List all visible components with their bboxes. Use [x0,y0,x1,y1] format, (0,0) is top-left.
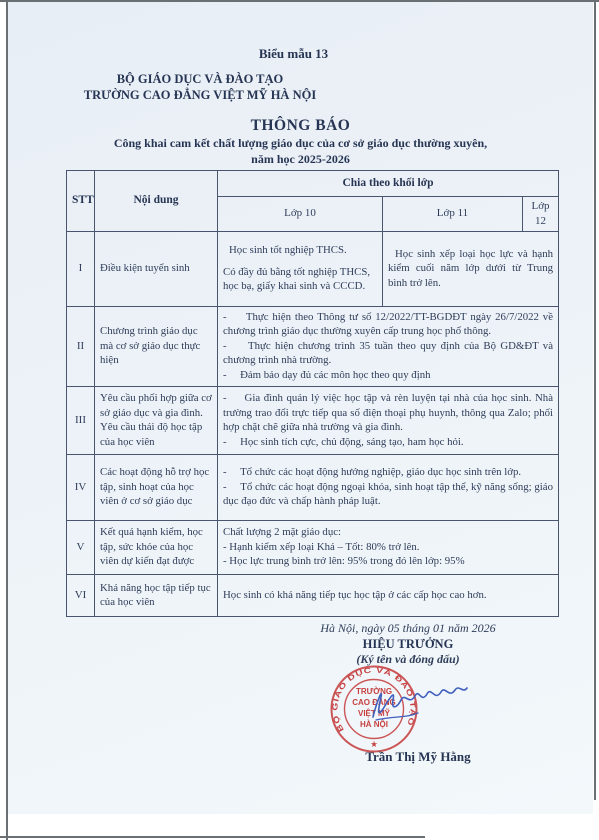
row-content: - Thực hiện theo Thông tư số 12/2022/TT-… [218,306,559,386]
row-stt: IV [67,454,95,520]
document-title: THÔNG BÁO [8,117,593,135]
col-header-stt: STT [67,171,95,232]
content-line: - Tổ chức các hoạt động hướng nghiệp, gi… [223,465,553,480]
row-content: - Gia đình quản lý việc học tập và rèn l… [218,386,559,454]
stamp-star-icon: ★ [370,739,378,749]
scan-edge-bottom [0,836,425,838]
content-line: Có đầy đủ bằng tốt nghiệp THCS, học bạ, … [223,265,377,294]
date-place-line: Hà Nội, ngày 05 tháng 01 năm 2026 [248,621,568,636]
col-header-grade12: Lớp 12 [523,197,559,232]
signer-role: HIỆU TRƯỞNG [248,637,568,652]
scan-edge-right [594,0,596,800]
scanned-document: { "colors": { "ink": "#2f3d5a", "stamp_r… [0,0,599,840]
school-year: năm học 2025-2026 [8,152,593,168]
row-stt: V [67,520,95,574]
row-content-grade10: Học sinh tốt nghiệp THCS. Có đầy đủ bằng… [218,231,383,306]
row-label: Chương trình giáo dục mà cơ sở giáo dục … [95,306,218,386]
col-header-noidung: Nội dung [95,171,218,232]
table-row-4: IV Các hoạt động hỗ trợ học tập, sinh ho… [67,454,559,520]
table-row-6: VI Khả năng học tập tiếp tục của học viê… [67,574,559,616]
col-header-grade11: Lớp 11 [383,197,523,232]
table-row-3: III Yêu cầu phối hợp giữa cơ sở giáo dục… [67,386,559,454]
content-line: - Đảm bảo dạy đủ các môn học theo quy đị… [223,368,553,383]
table-row-2: II Chương trình giáo dục mà cơ sở giáo d… [67,306,559,386]
row-stt: III [67,386,95,454]
table-row-1: I Điều kiện tuyển sinh Học sinh tốt nghi… [67,231,559,306]
ministry-name: BỘ GIÁO DỤC VÀ ĐÀO TẠO [44,72,356,88]
row-content: - Tổ chức các hoạt động hướng nghiệp, gi… [218,454,559,520]
content-line: Học sinh tốt nghiệp THCS. [223,243,377,258]
commitment-table: STT Nội dung Chia theo khối lớp Lớp 10 L… [66,170,559,617]
issuing-authority-block: BỘ GIÁO DỤC VÀ ĐÀO TẠO TRƯỜNG CAO ĐẲNG V… [44,72,356,103]
content-line: - Học sinh tích cực, chủ động, sáng tạo,… [223,435,553,450]
row-label: Yêu cầu phối hợp giữa cơ sở giáo dục và … [95,386,218,454]
document-page: Biểu mẫu 13 BỘ GIÁO DỤC VÀ ĐÀO TẠO TRƯỜN… [8,2,593,814]
col-header-grade10: Lớp 10 [218,197,383,232]
signer-name: Trần Thị Mỹ Hằng [308,749,528,765]
content-line: - Thực hiện chương trình 35 tuần theo qu… [223,339,553,368]
form-number-label: Biểu mẫu 13 [8,46,579,62]
content-line: - Gia đình quản lý việc học tập và rèn l… [223,391,553,435]
content-line: - Thực hiện theo Thông tư số 12/2022/TT-… [223,310,553,339]
row-stt: I [67,231,95,306]
row-label: Các hoạt động hỗ trợ học tập, sinh hoạt … [95,454,218,520]
row-stt: II [67,306,95,386]
content-line: - Học lực trung bình trở lên: 95% trong … [223,554,553,569]
content-line: - Tổ chức các hoạt động ngoại khóa, sinh… [223,480,553,509]
content-line: Chất lượng 2 mặt giáo dục: [223,525,553,540]
row-stt: VI [67,574,95,616]
content-line: - Hạnh kiểm xếp loại Khá – Tốt: 80% trở … [223,540,553,555]
table-header-row-1: STT Nội dung Chia theo khối lớp [67,171,559,197]
row-content-grade11-12: Học sinh xếp loại học lực và hạnh kiểm c… [383,231,559,306]
content-line: Học sinh có khả năng tiếp tục học tập ở … [223,588,553,603]
document-subtitle: Công khai cam kết chất lượng giáo dục củ… [8,136,593,167]
row-label: Điều kiện tuyển sinh [95,231,218,306]
row-content: Chất lượng 2 mặt giáo dục: - Hạnh kiểm x… [218,520,559,574]
row-label: Khả năng học tập tiếp tục của học viên [95,574,218,616]
table-row-5: V Kết quả hạnh kiểm, học tập, sức khỏe c… [67,520,559,574]
handwritten-signature [366,681,474,725]
row-content: Học sinh có khả năng tiếp tục học tập ở … [218,574,559,616]
col-header-group: Chia theo khối lớp [218,171,559,197]
subtitle-line: Công khai cam kết chất lượng giáo dục củ… [8,136,593,152]
row-label: Kết quả hạnh kiểm, học tập, sức khỏe của… [95,520,218,574]
school-name: TRƯỜNG CAO ĐẲNG VIỆT MỸ HÀ NỘI [44,88,356,104]
